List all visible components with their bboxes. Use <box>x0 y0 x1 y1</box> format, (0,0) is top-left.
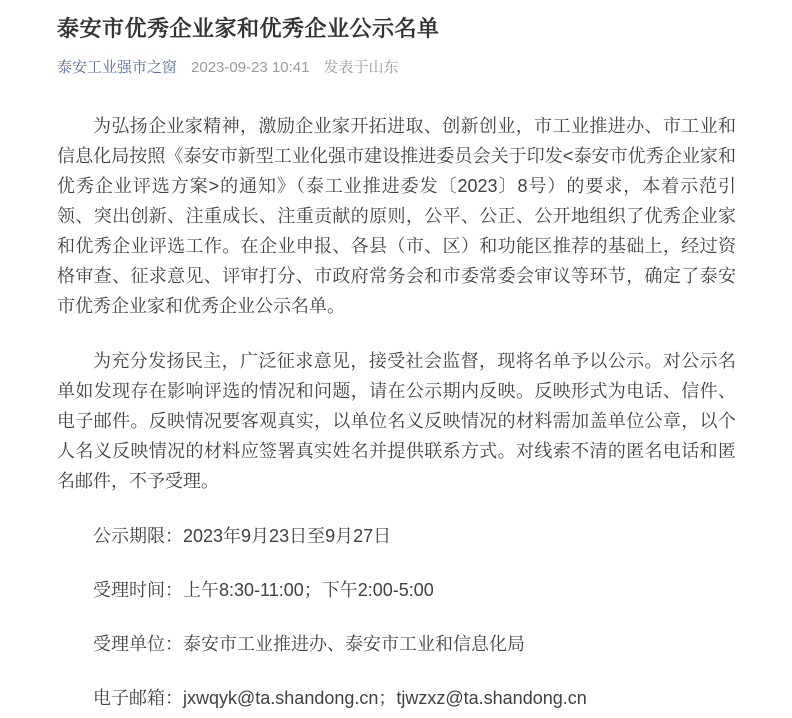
publish-location: 发表于山东 <box>323 57 398 78</box>
article-container: 泰安市优秀企业家和优秀企业公示名单 泰安工业强市之窗 2023-09-23 10… <box>0 0 792 713</box>
time-label: 受理时间： <box>93 580 183 600</box>
time-value: 上午8:30-11:00；下午2:00-5:00 <box>183 580 434 600</box>
period-value: 2023年9月23日至9月27日 <box>183 526 391 546</box>
unit-label: 受理单位： <box>93 634 183 654</box>
info-line-time: 受理时间：上午8:30-11:00；下午2:00-5:00 <box>57 575 736 605</box>
article-page: 泰安市优秀企业家和优秀企业公示名单 泰安工业强市之窗 2023-09-23 10… <box>0 0 792 718</box>
page-title: 泰安市优秀企业家和优秀企业公示名单 <box>57 14 736 44</box>
publish-time: 2023-09-23 10:41 <box>191 57 309 78</box>
info-line-email: 电子邮箱：jxwqyk@ta.shandong.cn；tjwzxz@ta.sha… <box>57 683 736 713</box>
info-line-period: 公示期限：2023年9月23日至9月27日 <box>57 521 736 551</box>
info-line-unit: 受理单位：泰安市工业推进办、泰安市工业和信息化局 <box>57 629 736 659</box>
email-value: jxwqyk@ta.shandong.cn；tjwzxz@ta.shandong… <box>183 688 587 708</box>
period-label: 公示期限： <box>93 526 183 546</box>
unit-value: 泰安市工业推进办、泰安市工业和信息化局 <box>183 634 525 654</box>
article-meta: 泰安工业强市之窗 2023-09-23 10:41 发表于山东 <box>57 57 736 78</box>
paragraph-feedback: 为充分发扬民主，广泛征求意见，接受社会监督，现将名单予以公示。对公示名单如发现存… <box>57 346 736 496</box>
article-body: 为弘扬企业家精神，激励企业家开拓进取、创新创业，市工业推进办、市工业和信息化局按… <box>57 111 736 713</box>
email-label: 电子邮箱： <box>93 688 183 708</box>
account-name-link[interactable]: 泰安工业强市之窗 <box>57 57 177 78</box>
paragraph-intro: 为弘扬企业家精神，激励企业家开拓进取、创新创业，市工业推进办、市工业和信息化局按… <box>57 111 736 321</box>
